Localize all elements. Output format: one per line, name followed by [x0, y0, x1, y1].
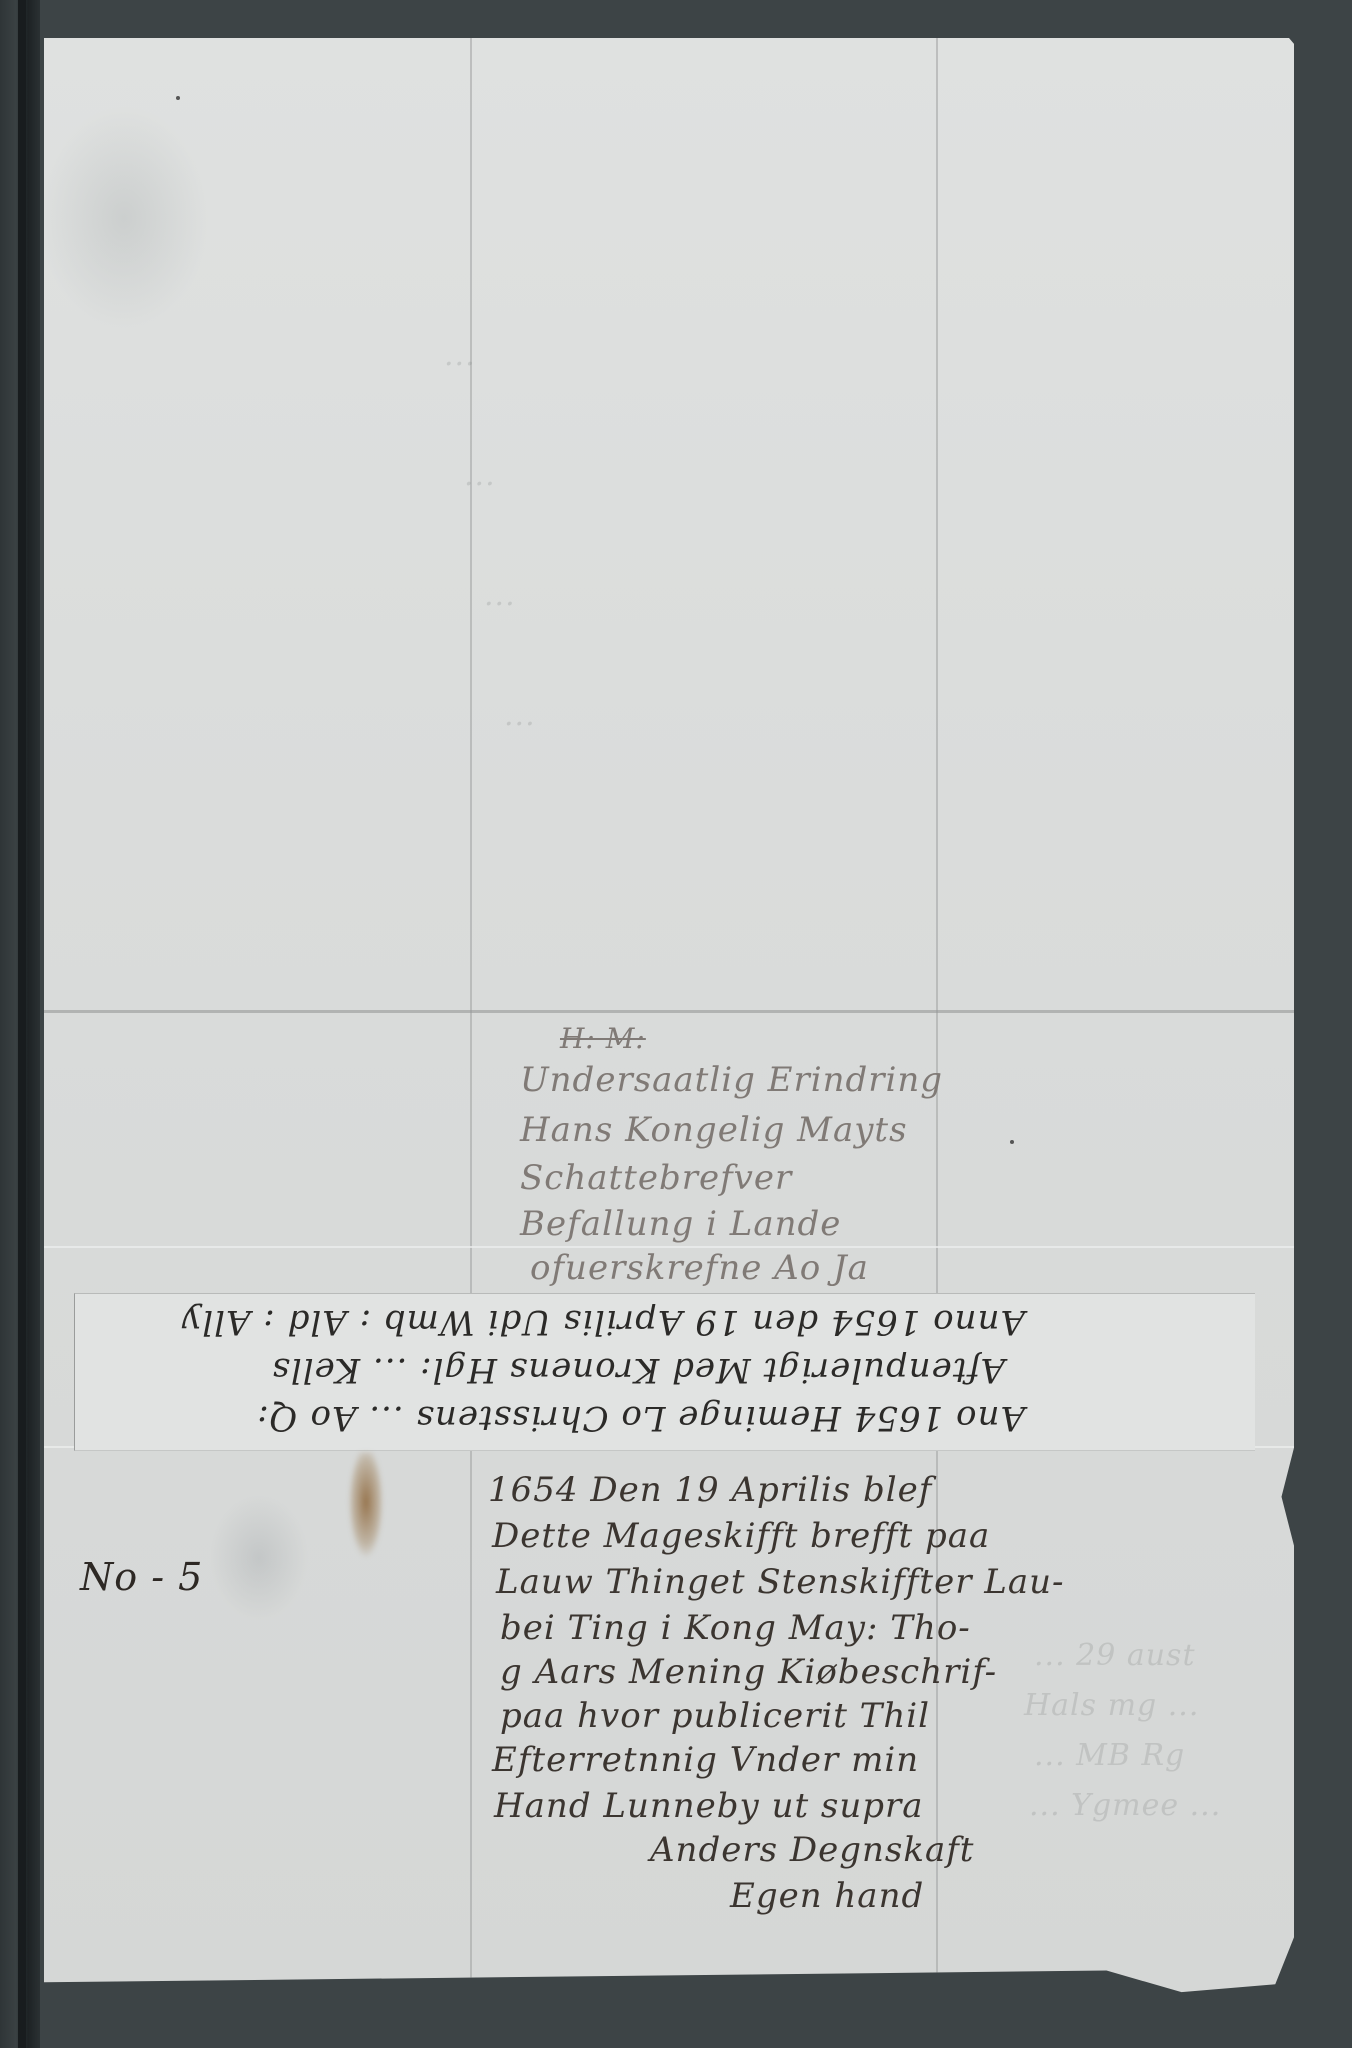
show-through-text: ...: [444, 338, 476, 373]
ink-stain: [338, 1452, 394, 1602]
paper-speck: [176, 96, 180, 100]
show-through-text: ...: [464, 458, 496, 493]
registration-number: No - 5: [80, 1555, 203, 1599]
vertical-fold-line: [470, 38, 472, 1996]
signature: Anders Degnskaft: [650, 1830, 974, 1870]
vertical-fold-line: [936, 38, 938, 1996]
note-line: 1654 Den 19 Aprilis blef: [488, 1470, 932, 1510]
note-line: Hand Lunneby ut supra: [494, 1786, 924, 1826]
docket-line: Undersaatlig Erindring: [520, 1060, 943, 1100]
show-through-text: ... Ygmee ...: [1029, 1788, 1221, 1823]
binding-spine-line: [18, 0, 26, 2048]
inverted-text-line: Ano 1654 Heminge Lo Chrisstens ... Ao Q:: [85, 1398, 1025, 1438]
note-line: g Aars Mening Kiøbeschrif-: [500, 1652, 997, 1692]
show-through-text: Hals mg ...: [1024, 1688, 1199, 1723]
signature-suffix: Egen hand: [730, 1876, 924, 1916]
note-line: Lauw Thinget Stenskiffter Lau-: [496, 1562, 1065, 1602]
docket-line: ofuerskrefne Ao Ja: [530, 1248, 869, 1288]
inverted-text-line: Aftenpulerigt Med Kronens Hgl: ... Kells: [105, 1350, 1005, 1390]
docket-line: Befallung i Lande: [520, 1204, 841, 1244]
show-through-text: ... MB Rg: [1034, 1738, 1185, 1773]
docket-line: Hans Kongelig Mayts: [520, 1110, 908, 1150]
show-through-text: ...: [504, 698, 536, 733]
docket-line: H: M:: [560, 1022, 646, 1055]
show-through-text: ... 29 aust: [1034, 1638, 1196, 1673]
note-line: Efterretnnig Vnder min: [492, 1740, 919, 1780]
horizontal-fold-line: [44, 1010, 1294, 1013]
docket-superscript: H: M:: [560, 1022, 646, 1055]
note-line: bei Ting i Kong May: Tho-: [500, 1608, 971, 1648]
show-through-text: ...: [484, 578, 516, 613]
pasted-paper-strip: Anno 1654 den 19 Aprilis Udi Wmb : Ald :…: [74, 1293, 1255, 1451]
docket-line: Schattebrefver: [520, 1158, 792, 1198]
paper-speck: [1010, 1140, 1014, 1144]
note-line: paa hvor publicerit Thil: [500, 1696, 930, 1736]
inverted-text-line: Anno 1654 den 19 Aprilis Udi Wmb : Ald :…: [85, 1302, 1025, 1342]
note-line: Dette Mageskifft brefft paa: [492, 1516, 990, 1556]
